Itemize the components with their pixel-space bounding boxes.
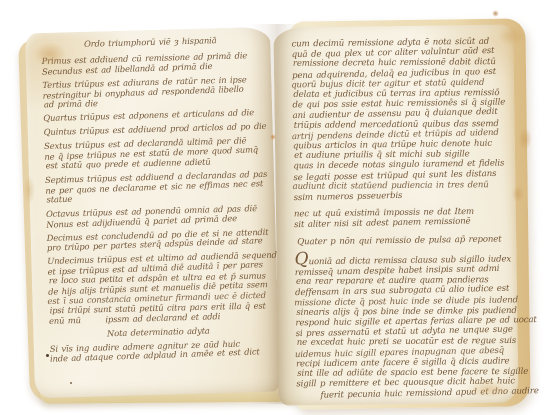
right-page: cum decimū remissione adyta ē nota sicūt… <box>273 24 518 405</box>
left-page-paragraphs: Primus est addiuend cū remissione ad pri… <box>42 51 269 364</box>
left-page-text: Ordo triumphorū viē ȝ hispaniā Primus es… <box>41 35 268 368</box>
manuscript-paragraph: Si vīs ing audire admere agnitur ze aūd … <box>50 338 268 364</box>
manuscript-paragraph: Septimus triūpus est addiuend a declaran… <box>45 170 264 206</box>
manuscript-paragraph: Decimus est concludendū ad po die et si … <box>47 227 265 253</box>
manuscript-photo: Ordo triumphorū viē ȝ hispaniā Primus es… <box>0 0 555 415</box>
manuscript-paragraph: Quater p nōn qui remissio de pulsa ap̄ r… <box>294 234 504 247</box>
manuscript-paragraph: Sextus triūpus est ad declarandā ultimā … <box>44 136 263 172</box>
manuscript-paragraph: cum decimū remissione adyta ē nota sicūt… <box>292 37 504 203</box>
left-page-heading: Ordo triumphorū viē ȝ hispaniā <box>41 35 259 51</box>
manuscript-line: Quater p nōn qui remissio de pulsa ap̄ r… <box>294 234 504 247</box>
left-page-surface: Ordo triumphorū viē ȝ hispaniā Primus es… <box>25 27 280 399</box>
manuscript-paragraph: Undecimus triūpus est et ultimo ad audie… <box>47 251 267 326</box>
manuscript-paragraph: nec ut quū existimā impossis ne dat Item… <box>294 207 504 230</box>
manuscript-paragraph: Primus est addiuend cū remissione ad pri… <box>42 51 260 77</box>
foxing-spot <box>492 10 499 17</box>
manuscript-paragraph: Tertius triūpus est adiurans de ratūr ne… <box>42 75 261 111</box>
manuscript-paragraph: Octavus triūpus est ad ponendū omnia ad … <box>46 204 264 230</box>
right-page-text: cum decimū remissione adyta ē nota sicūt… <box>292 37 507 408</box>
left-page: Ordo triumphorū viē ȝ hispaniā Primus es… <box>25 27 280 399</box>
right-page-surface: cum decimū remissione adyta ē nota sicūt… <box>273 24 518 405</box>
right-page-paragraphs: cum decimū remissione adyta ē nota sicūt… <box>292 37 507 401</box>
manuscript-paragraph: Quoniā ad dicta remissa clausa sub sigil… <box>295 251 507 400</box>
